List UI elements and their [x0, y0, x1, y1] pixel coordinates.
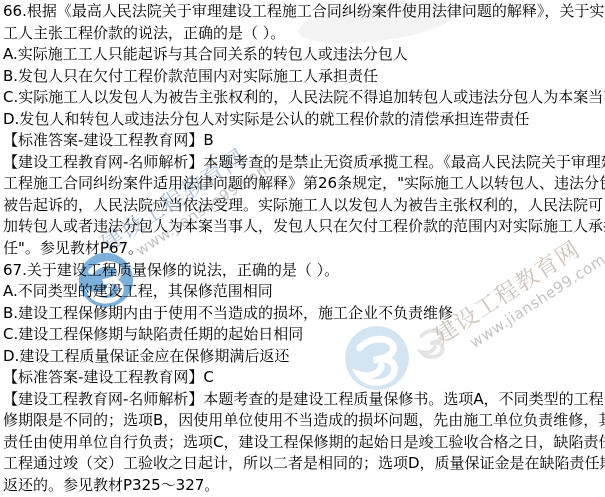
q67-standard-answer: 【标准答案-建设工程教育网】C: [3, 367, 605, 389]
q67-analysis-line-3: 责任由使用单位自行负责；选项C，建设工程保修期的起始日是竣工验收合格之日，缺陷责…: [3, 432, 605, 454]
q67-analysis-line-4: 工程通过竣（交）工验收之日起计，所以二者是相同的；选项D，质量保证金是在缺陷责任…: [3, 453, 605, 475]
q67-analysis-line-2: 修期限是不同的；选项B，因使用单位使用不当造成的损坏问题，先由施工单位负责维修，…: [3, 410, 605, 432]
q67-option-d: D.建设工程质量保证金应在保修期满后返还: [3, 346, 605, 368]
q66-option-b: B.发包人只在欠付工程价款范围内对实际施工人承担责任: [3, 66, 605, 88]
q66-option-a: A.实际施工工人只能起诉与其合同关系的转包人或违法分包人: [3, 44, 605, 66]
q66-analysis-line-5: 任"。参见教材P67。: [3, 238, 605, 260]
q67-option-a: A.不同类型的建设工程，其保修范围相同: [3, 281, 605, 303]
q66-analysis-line-2: 工程施工合同纠纷案件适用法律问题的解释》第26条规定，"实际施工人以转包人、违法…: [3, 173, 605, 195]
q66-analysis-line-1: 【建设工程教育网-名师解析】本题考查的是禁止无资质承揽工程。《最高人民法院关于审…: [3, 152, 605, 174]
q66-stem-line-2: 工人主张工程价款的说法，正确的是（ ）。: [3, 23, 605, 45]
q67-option-c: C.建设工程保修期与缺陷责任期的起始日相同: [3, 324, 605, 346]
document-text: 66.根据《最高人民法院关于审理建设工程施工合同纠纷案件使用法律问题的解释》，关…: [0, 0, 605, 497]
q66-analysis-line-3: 被告起诉的，人民法院应当依法受理。实际施工人以发包人为被告主张权利的，人民法院可…: [3, 195, 605, 217]
q66-option-d: D.发包人和转包人或违法分包人对实际是公认的就工程价款的清偿承担连带责任: [3, 109, 605, 131]
q66-analysis-line-4: 加转包人或者违法分包人为本案当事人，发包人只在欠付工程价款的范围内对实际施工人承…: [3, 216, 605, 238]
q67-analysis-line-1: 【建设工程教育网-名师解析】本题考查的是建设工程质量保修书。选项A，不同类型的工…: [3, 389, 605, 411]
q66-option-c: C.实际施工人以发包人为被告主张权利的，人民法院不得追加转包人或违法分包人为本案…: [3, 87, 605, 109]
q67-stem-line-1: 67.关于建设工程质量保修的说法，正确的是（ ）。: [3, 260, 605, 282]
q66-standard-answer: 【标准答案-建设工程教育网】B: [3, 130, 605, 152]
q67-analysis-line-5: 返还的。参见教材P325～327。: [3, 475, 605, 497]
exam-answer-sheet: 建设工程教育网 www.jianshe99.com 建设工程教育网 www.ji…: [0, 0, 605, 497]
q66-stem-line-1: 66.根据《最高人民法院关于审理建设工程施工合同纠纷案件使用法律问题的解释》，关…: [3, 1, 605, 23]
q67-option-b: B.建设工程保修期内由于使用不当造成的损坏，施工企业不负责维修: [3, 303, 605, 325]
